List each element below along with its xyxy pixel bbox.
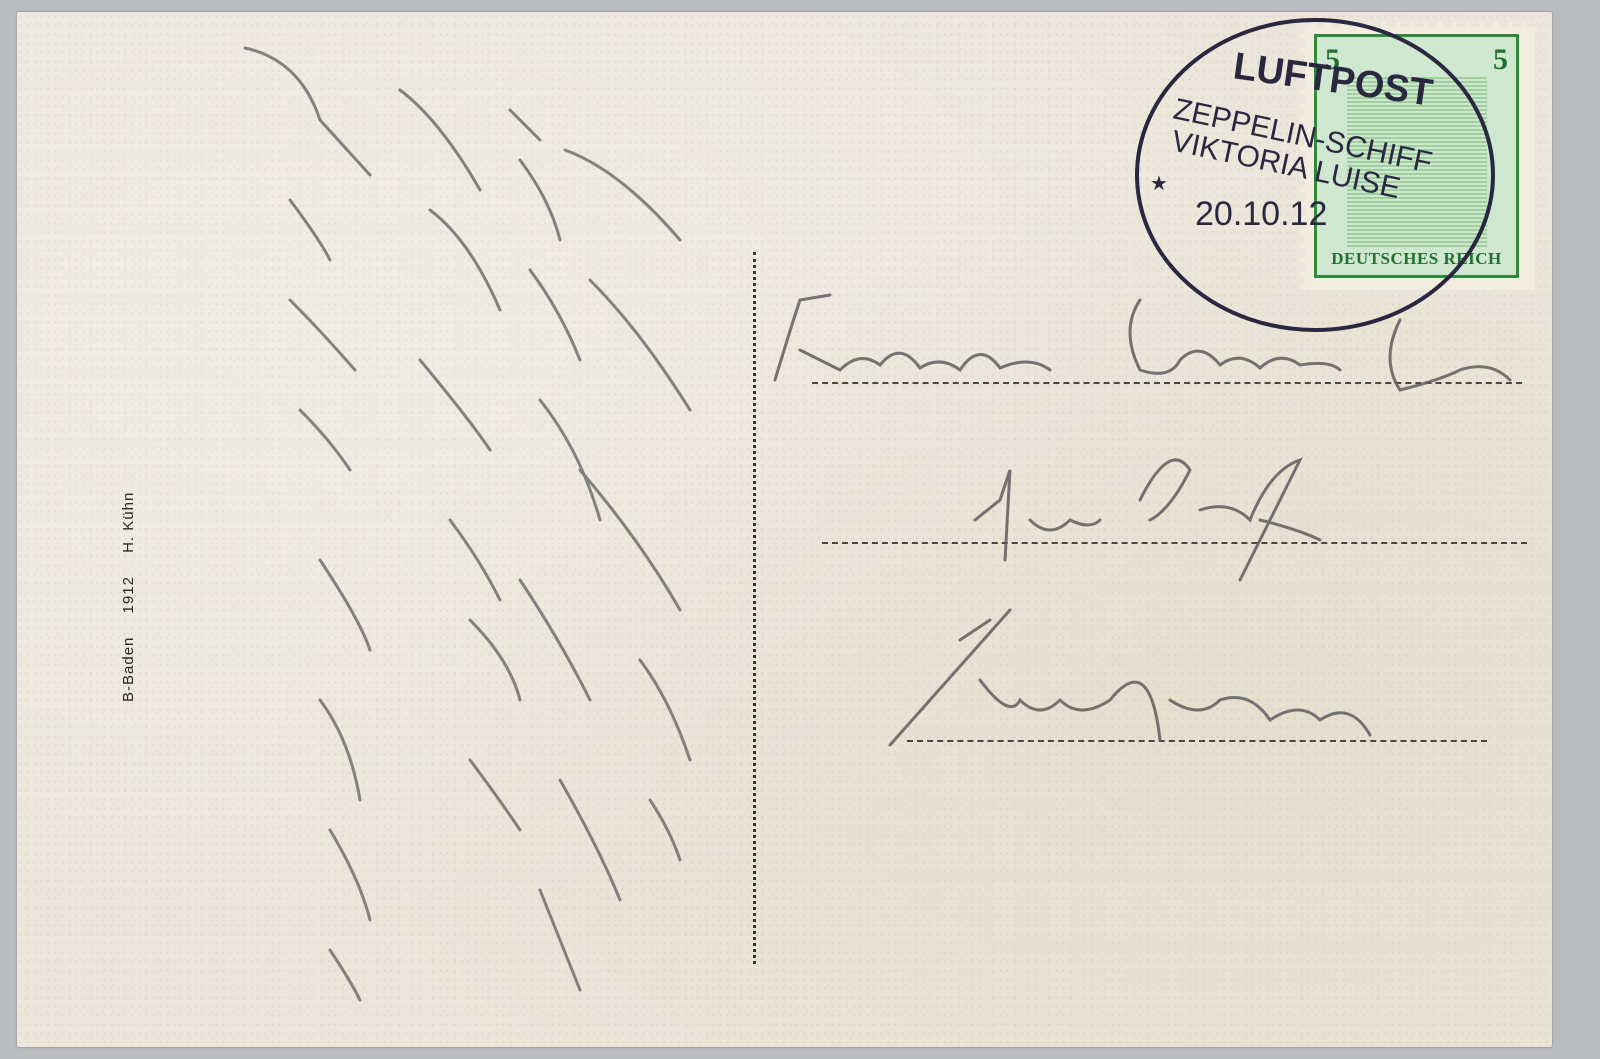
postmark: LUFTPOST ZEPPELIN-SCHIFF VIKTORIA LUISE … — [0, 0, 1600, 1059]
postmark-line1: LUFTPOST — [1231, 45, 1435, 115]
postmark-star-icon: ★ — [1150, 173, 1168, 195]
postmark-date: 20.10.12 — [1195, 195, 1327, 233]
